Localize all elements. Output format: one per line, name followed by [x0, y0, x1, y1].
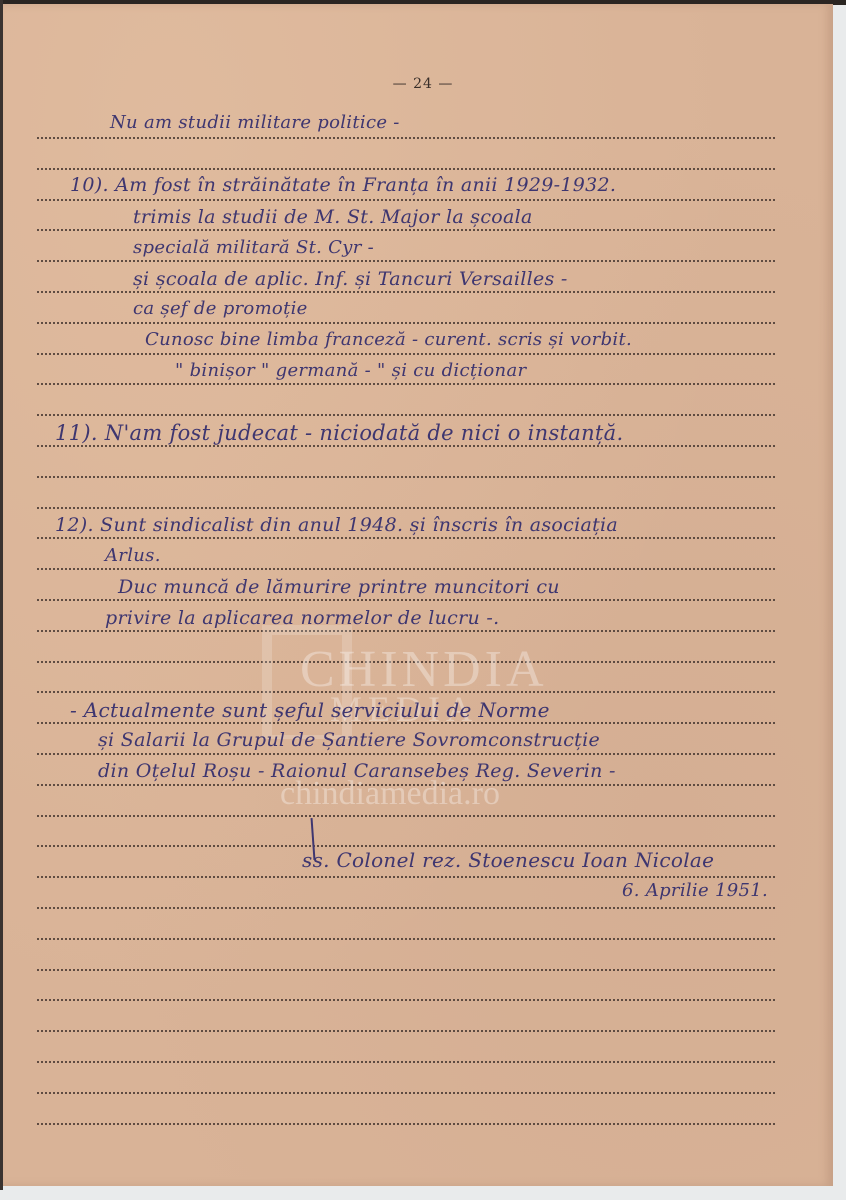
ruled-line	[37, 630, 775, 632]
ruled-line	[37, 691, 775, 693]
ruled-line	[37, 383, 775, 385]
ruled-line	[37, 1061, 775, 1063]
handwritten-line: din Oțelul Roșu - Raionul Caransebeș Reg…	[98, 760, 616, 782]
ruled-line	[37, 815, 775, 817]
ruled-line	[37, 876, 775, 878]
handwritten-line: trimis la studii de M. St. Major la școa…	[133, 206, 533, 228]
ruled-line	[37, 568, 775, 570]
ruled-line	[37, 1092, 775, 1094]
handwritten-line: specială militară St. Cyr -	[133, 237, 374, 258]
handwritten-line-languages: Cunosc bine limba franceză - curent. scr…	[145, 329, 632, 350]
ruled-line	[37, 969, 775, 971]
signature-date: 6. Aprilie 1951.	[622, 880, 768, 901]
ruled-line	[37, 322, 775, 324]
ruled-line	[37, 445, 775, 447]
ruled-line	[37, 753, 775, 755]
ruled-line	[37, 168, 775, 170]
handwritten-line: și școala de aplic. Inf. și Tancuri Vers…	[133, 268, 568, 290]
ruled-line	[37, 414, 775, 416]
ruled-line	[37, 476, 775, 478]
handwritten-line-current-job: - Actualmente sunt șeful serviciului de …	[70, 698, 550, 722]
ruled-line	[37, 353, 775, 355]
ruled-line	[37, 599, 775, 601]
handwritten-line-item-11: 11). N'am fost judecat - niciodată de ni…	[55, 421, 623, 445]
page-number: — 24 —	[0, 76, 846, 92]
signature-name: ss. Colonel rez. Stoenescu Ioan Nicolae	[302, 848, 714, 872]
ruled-line	[37, 907, 775, 909]
ruled-line	[37, 661, 775, 663]
handwritten-line-item-10: 10). Am fost în străinătate în Franța în…	[70, 174, 616, 196]
ruled-line	[37, 784, 775, 786]
ruled-line	[37, 537, 775, 539]
ruled-line	[37, 199, 775, 201]
ruled-line	[37, 845, 775, 847]
handwritten-line: ca șef de promoție	[133, 298, 308, 319]
ruled-line	[37, 229, 775, 231]
handwritten-line: Duc muncă de lămurire printre muncitori …	[118, 576, 560, 598]
handwritten-line-item-12: 12). Sunt sindicalist din anul 1948. și …	[55, 514, 618, 536]
ruled-line	[37, 1123, 775, 1125]
ruled-line	[37, 137, 775, 139]
handwritten-line: și Salarii la Grupul de Șantiere Sovromc…	[98, 729, 600, 751]
handwritten-line-no-studies: Nu am studii militare politice -	[110, 112, 400, 133]
ruled-line	[37, 507, 775, 509]
handwritten-line: Arlus.	[105, 545, 161, 566]
handwritten-line-languages: " binișor " germană - " și cu dicționar	[175, 360, 526, 381]
ruled-line	[37, 722, 775, 724]
ruled-line	[37, 1030, 775, 1032]
ruled-line	[37, 938, 775, 940]
ruled-line	[37, 999, 775, 1001]
ruled-line	[37, 291, 775, 293]
ruled-line	[37, 260, 775, 262]
handwritten-line: privire la aplicarea normelor de lucru -…	[105, 607, 499, 629]
